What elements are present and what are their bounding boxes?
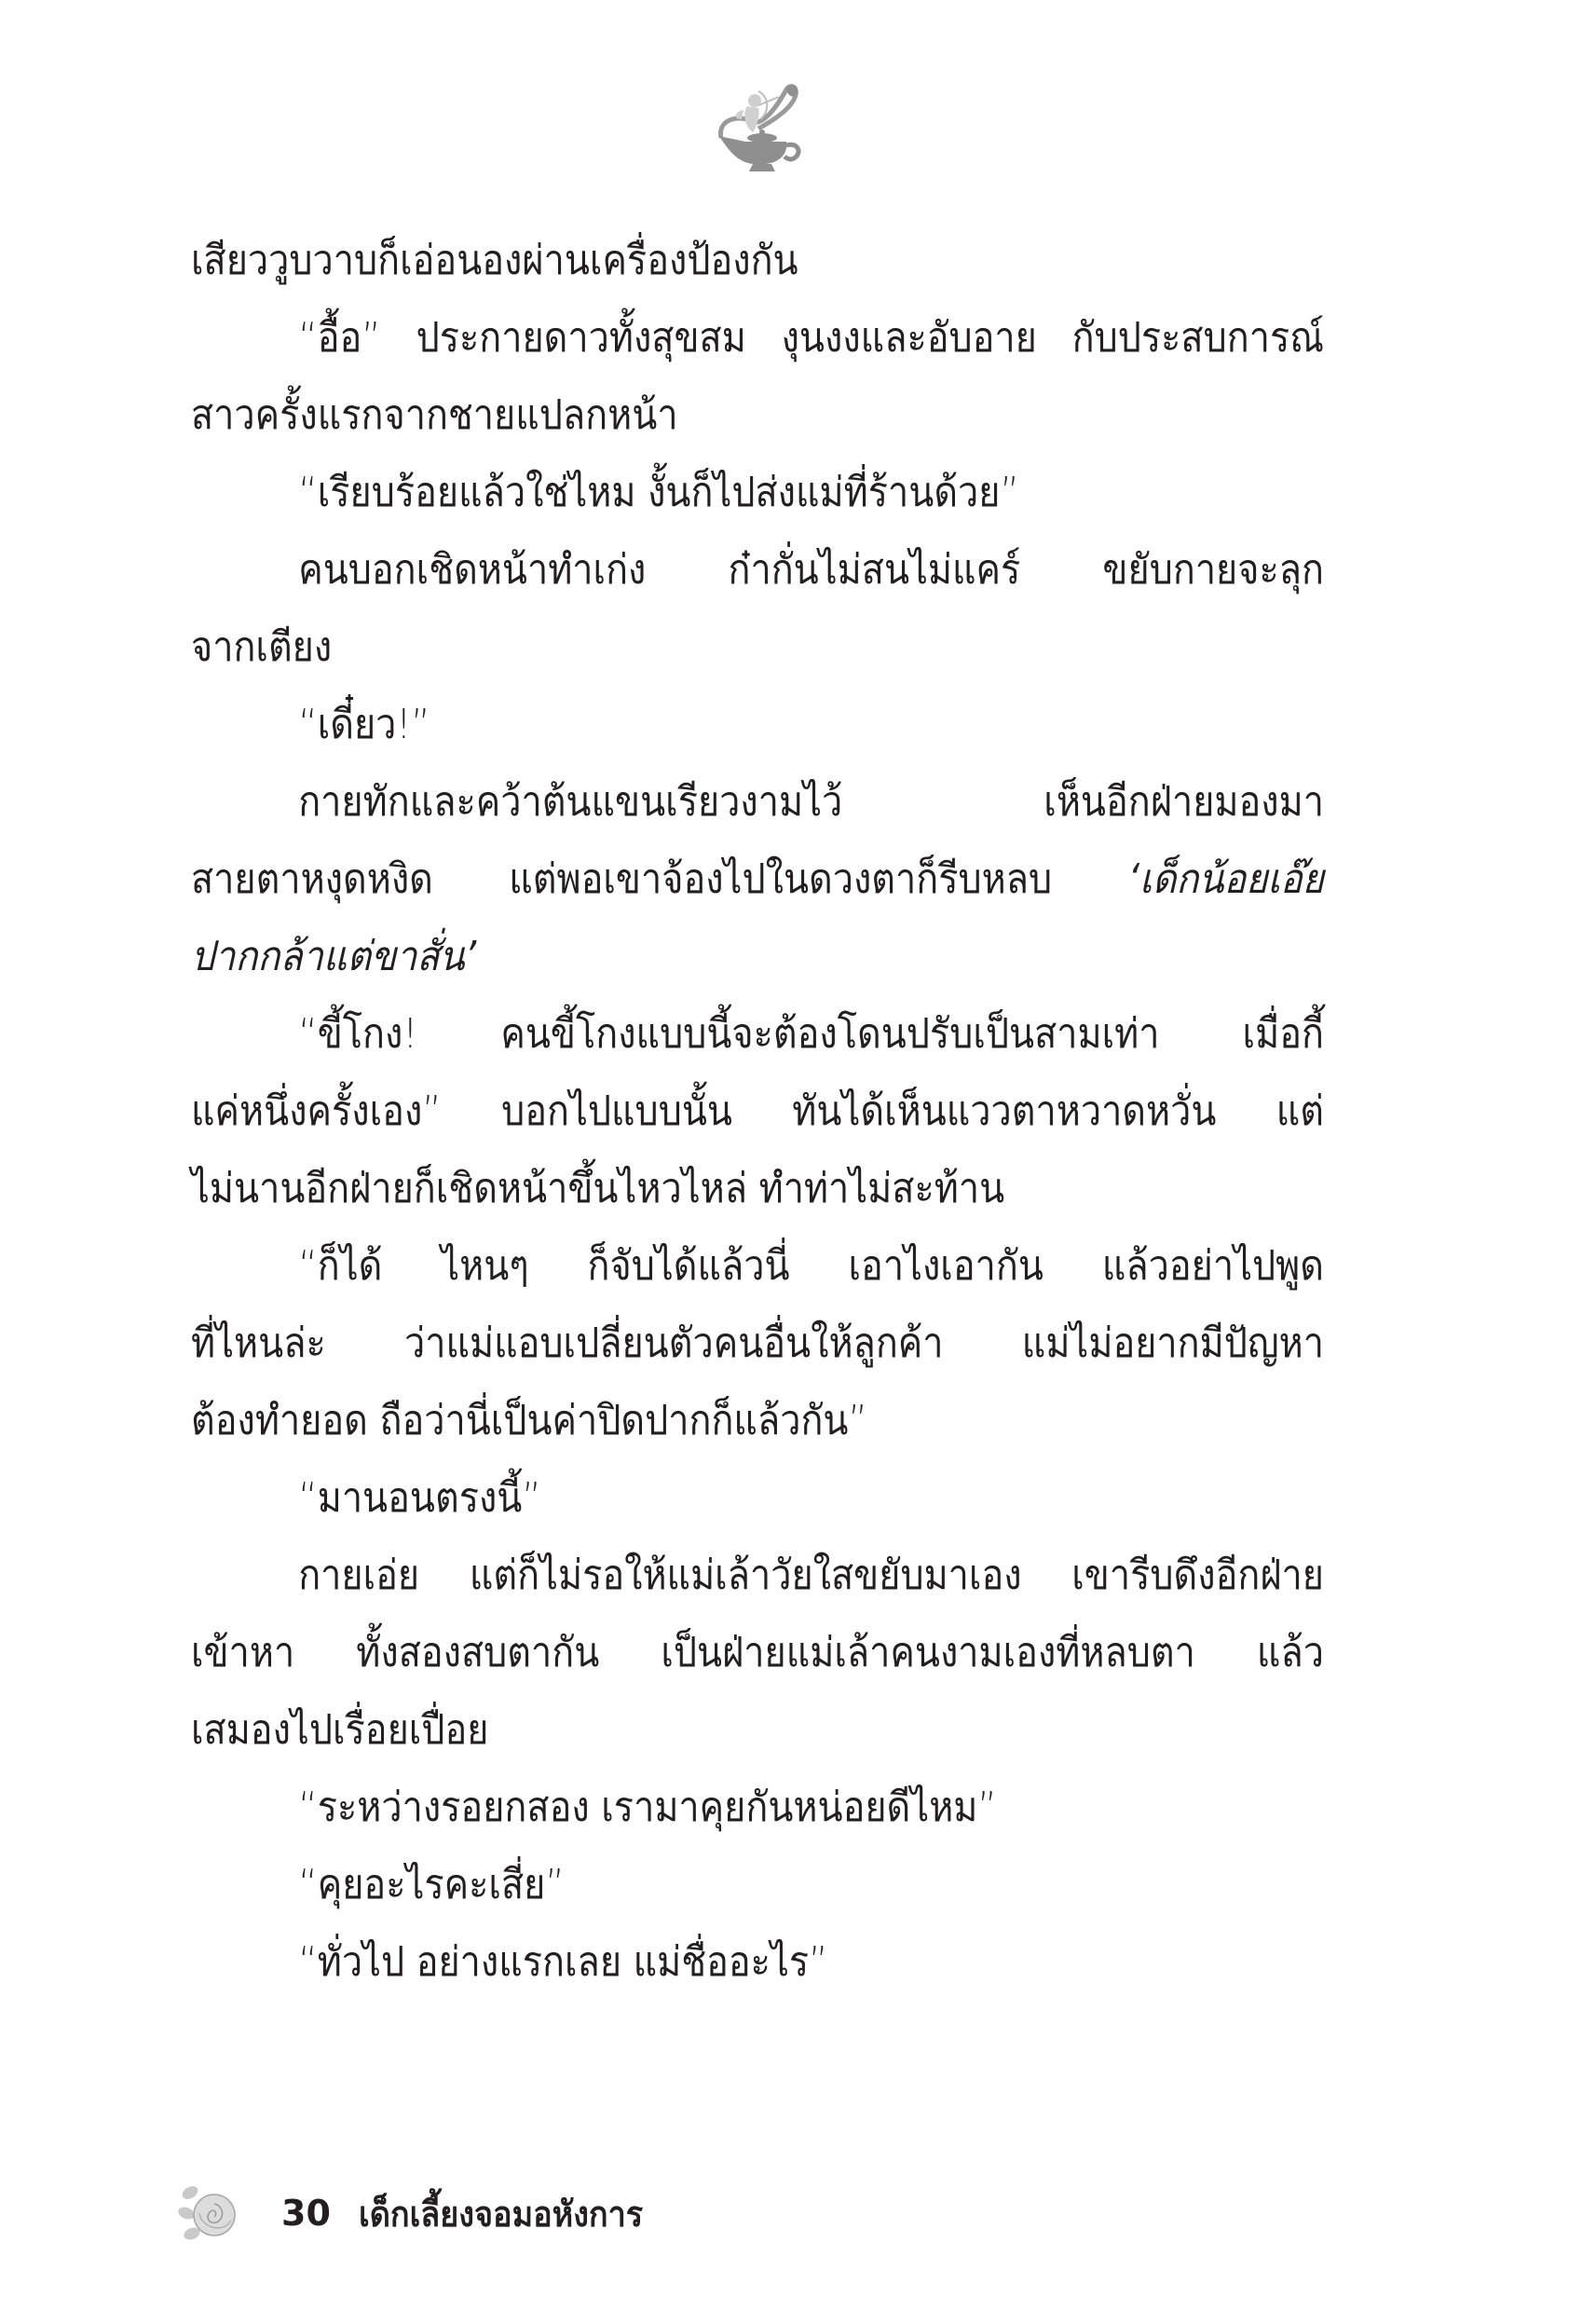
text-line: เข้าหา ทั้งสองสบตากัน เป็นฝ่ายแม่เล้าคนง…	[191, 1614, 1324, 1691]
text-line: “คุยอะไรคะเสี่ย”	[191, 1846, 1210, 1923]
italic-thought: ‘เด็กน้อยเอ๊ย	[1128, 855, 1324, 903]
italic-thought-line: ปากกล้าแต่ขาสั่น’	[191, 918, 1210, 995]
text-line: “ก็ได้ ไหนๆ ก็จับได้แล้วนี่ เอาไงเอากัน …	[191, 1227, 1324, 1305]
text-line: เสียววูบวาบก็เอ่อนองผ่านเครื่องป้องกัน	[191, 222, 1210, 299]
body-text: เสียววูบวาบก็เอ่อนองผ่านเครื่องป้องกัน “…	[191, 222, 1323, 2001]
page-footer: 30 เด็กเลี้ยงจอมอหังการ	[177, 2171, 675, 2255]
text-line: “เรียบร้อยแล้วใช่ไหม งั้นก็ไปส่งแม่ที่ร้…	[191, 454, 1210, 531]
book-title: เด็กเลี้ยงจอมอหังการ	[359, 2185, 643, 2242]
text-line: ที่ไหนล่ะ ว่าแม่แอบเปลี่ยนตัวคนอื่นให้ลู…	[191, 1305, 1324, 1382]
text-line: “อื้อ” ประกายดาวทั้งสุขสม งุนงงและอับอาย…	[191, 299, 1324, 376]
text-line: สาวครั้งแรกจากชายแปลกหน้า	[191, 376, 1210, 454]
lamp-cupid-icon	[701, 73, 812, 185]
rose-icon	[177, 2176, 242, 2250]
text-line: ต้องทำยอด ถือว่านี่เป็นค่าปิดปากก็แล้วกั…	[191, 1382, 1210, 1459]
text-line: “ขี้โกง! คนขี้โกงแบบนี้จะต้องโดนปรับเป็น…	[191, 995, 1324, 1073]
text-line: “เดี๋ยว!”	[191, 686, 1210, 763]
text-line: คนบอกเชิดหน้าทำเก่ง ก๋ากั่นไม่สนไม่แคร์ …	[191, 531, 1324, 609]
text-line: กายเอ่ย แต่ก็ไม่รอให้แม่เล้าวัยใสขยับมาเ…	[191, 1537, 1324, 1614]
text-line: “มานอนตรงนี้”	[191, 1459, 1210, 1537]
text-line: “ระหว่างรอยกสอง เรามาคุยกันหน่อยดีไหม”	[191, 1769, 1210, 1846]
text-line: จากเตียง	[191, 609, 1210, 686]
text-line: แค่หนึ่งครั้งเอง” บอกไปแบบนั้น ทันได้เห็…	[191, 1073, 1324, 1150]
text-line: กายทักและคว้าต้นแขนเรียวงามไว้ เห็นอีกฝ่…	[191, 763, 1324, 841]
text-line: ไม่นานอีกฝ่ายก็เชิดหน้าขึ้นไหวไหล่ ทำท่า…	[191, 1150, 1210, 1227]
text-segment: สายตาหงุดหงิด แต่พอเขาจ้องไปในดวงตาก็รีบ…	[191, 855, 1052, 903]
text-line: สายตาหงุดหงิด แต่พอเขาจ้องไปในดวงตาก็รีบ…	[191, 841, 1324, 918]
text-line: “ทั่วไป อย่างแรกเลย แม่ชื่ออะไร”	[191, 1923, 1210, 2001]
page-number: 30	[281, 2193, 331, 2234]
text-line: เสมองไปเรื่อยเปื่อย	[191, 1691, 1210, 1769]
